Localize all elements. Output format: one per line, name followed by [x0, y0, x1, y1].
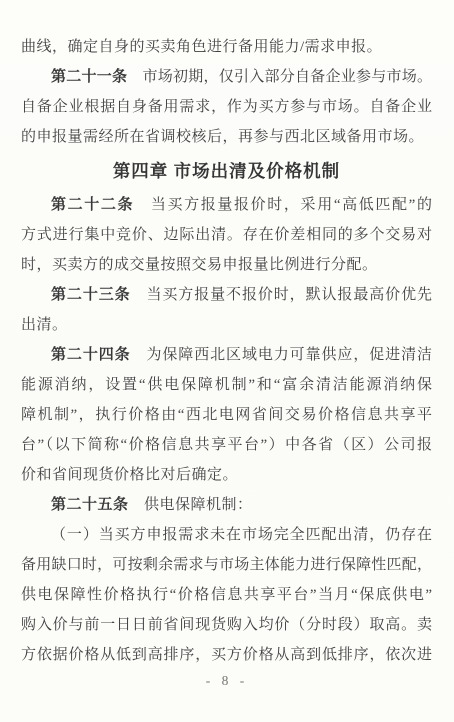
text-line: 第二十五条 供电保障机制：	[21, 490, 432, 520]
line-text: （一）当买方申报需求未在市场完全匹配出清，仍存在	[51, 527, 432, 543]
text-line: 购入价与前一日日前省间现货购入均价（分时段）取高。卖	[21, 610, 432, 640]
article-number: 第二十一条	[51, 69, 127, 85]
document-page: 曲线，确定自身的买卖角色进行备用能力/需求申报。 第二十一条 市场初期，仅引入部…	[0, 0, 454, 722]
line-text: 出清。	[21, 317, 68, 333]
text-line: 第二十三条 当买方报量不报价时，默认报最高价优先	[21, 280, 432, 310]
text-line: 自备企业根据自身备用需求，作为买方参与市场。自备企业	[21, 92, 432, 122]
text-line: 障机制”，执行价格由“西北电网省间交易价格信息共享平	[21, 400, 432, 430]
line-text: 当买方报量不报价时，默认报最高价优先	[131, 287, 432, 303]
text-line: 第二十二条 当买方报量报价时，采用“高低匹配”的	[21, 190, 432, 220]
line-text: 的申报量需经所在省调校核后，再参与西北区域备用市场。	[21, 129, 424, 145]
line-text: 台”（以下简称“价格信息共享平台”）中各省（区）公司报	[21, 437, 432, 453]
text-line: 时，买卖方的成交量按照交易申报量比例进行分配。	[21, 250, 432, 280]
text-line: 供电保障性价格执行“价格信息共享平台”当月“保底供电”	[21, 580, 432, 610]
article-number: 第二十三条	[51, 287, 131, 303]
article-number: 第二十四条	[51, 347, 131, 363]
text-line: 价和省间现货价格比对后确定。	[21, 460, 432, 490]
article-number: 第二十五条	[51, 497, 129, 513]
text-line: 第二十四条 为保障西北区域电力可靠供应，促进清洁	[21, 340, 432, 370]
text-line: 第二十一条 市场初期，仅引入部分自备企业参与市场。	[21, 62, 432, 92]
line-text: 供电保障机制：	[129, 497, 253, 513]
text-line: 方式进行集中竞价、边际出清。存在价差相同的多个交易对	[21, 220, 432, 250]
line-text: 时，买卖方的成交量按照交易申报量比例进行分配。	[21, 257, 378, 273]
text-line: 能源消纳，设置“供电保障机制”和“富余清洁能源消纳保	[21, 370, 432, 400]
line-text: 供电保障性价格执行“价格信息共享平台”当月“保底供电”	[21, 587, 432, 603]
chapter-heading: 第四章 市场出清及价格机制	[21, 152, 432, 190]
text-line: （一）当买方申报需求未在市场完全匹配出清，仍存在	[21, 520, 432, 550]
text-line: 台”（以下简称“价格信息共享平台”）中各省（区）公司报	[21, 430, 432, 460]
line-text: 能源消纳，设置“供电保障机制”和“富余清洁能源消纳保	[21, 377, 432, 393]
line-text: 为保障西北区域电力可靠供应，促进清洁	[131, 347, 432, 363]
line-text: 方式进行集中竞价、边际出清。存在价差相同的多个交易对	[21, 227, 432, 243]
line-text: 购入价与前一日日前省间现货购入均价（分时段）取高。卖	[21, 617, 432, 633]
page-number: - 8 -	[0, 666, 454, 696]
text-line: 备用缺口时，可按剩余需求与市场主体能力进行保障性匹配，	[21, 550, 432, 580]
line-text: 市场初期，仅引入部分自备企业参与市场。	[127, 69, 432, 85]
line-text: 当买方报量报价时，采用“高低匹配”的	[134, 197, 432, 213]
line-text: 备用缺口时，可按剩余需求与市场主体能力进行保障性匹配，	[21, 557, 432, 573]
text-line: 出清。	[21, 310, 432, 340]
line-text: 方依据价格从低到高排序，买方价格从高到低排序，依次进	[21, 647, 432, 663]
line-text: 自备企业根据自身备用需求，作为买方参与市场。自备企业	[21, 99, 432, 115]
article-number: 第二十二条	[51, 197, 134, 213]
line-text: 价和省间现货价格比对后确定。	[21, 467, 238, 483]
text-line: 曲线，确定自身的买卖角色进行备用能力/需求申报。	[21, 32, 432, 62]
line-text: 障机制”，执行价格由“西北电网省间交易价格信息共享平	[21, 407, 432, 423]
text-line: 的申报量需经所在省调校核后，再参与西北区域备用市场。	[21, 122, 432, 152]
line-text: 曲线，确定自身的买卖角色进行备用能力/需求申报。	[21, 39, 382, 55]
